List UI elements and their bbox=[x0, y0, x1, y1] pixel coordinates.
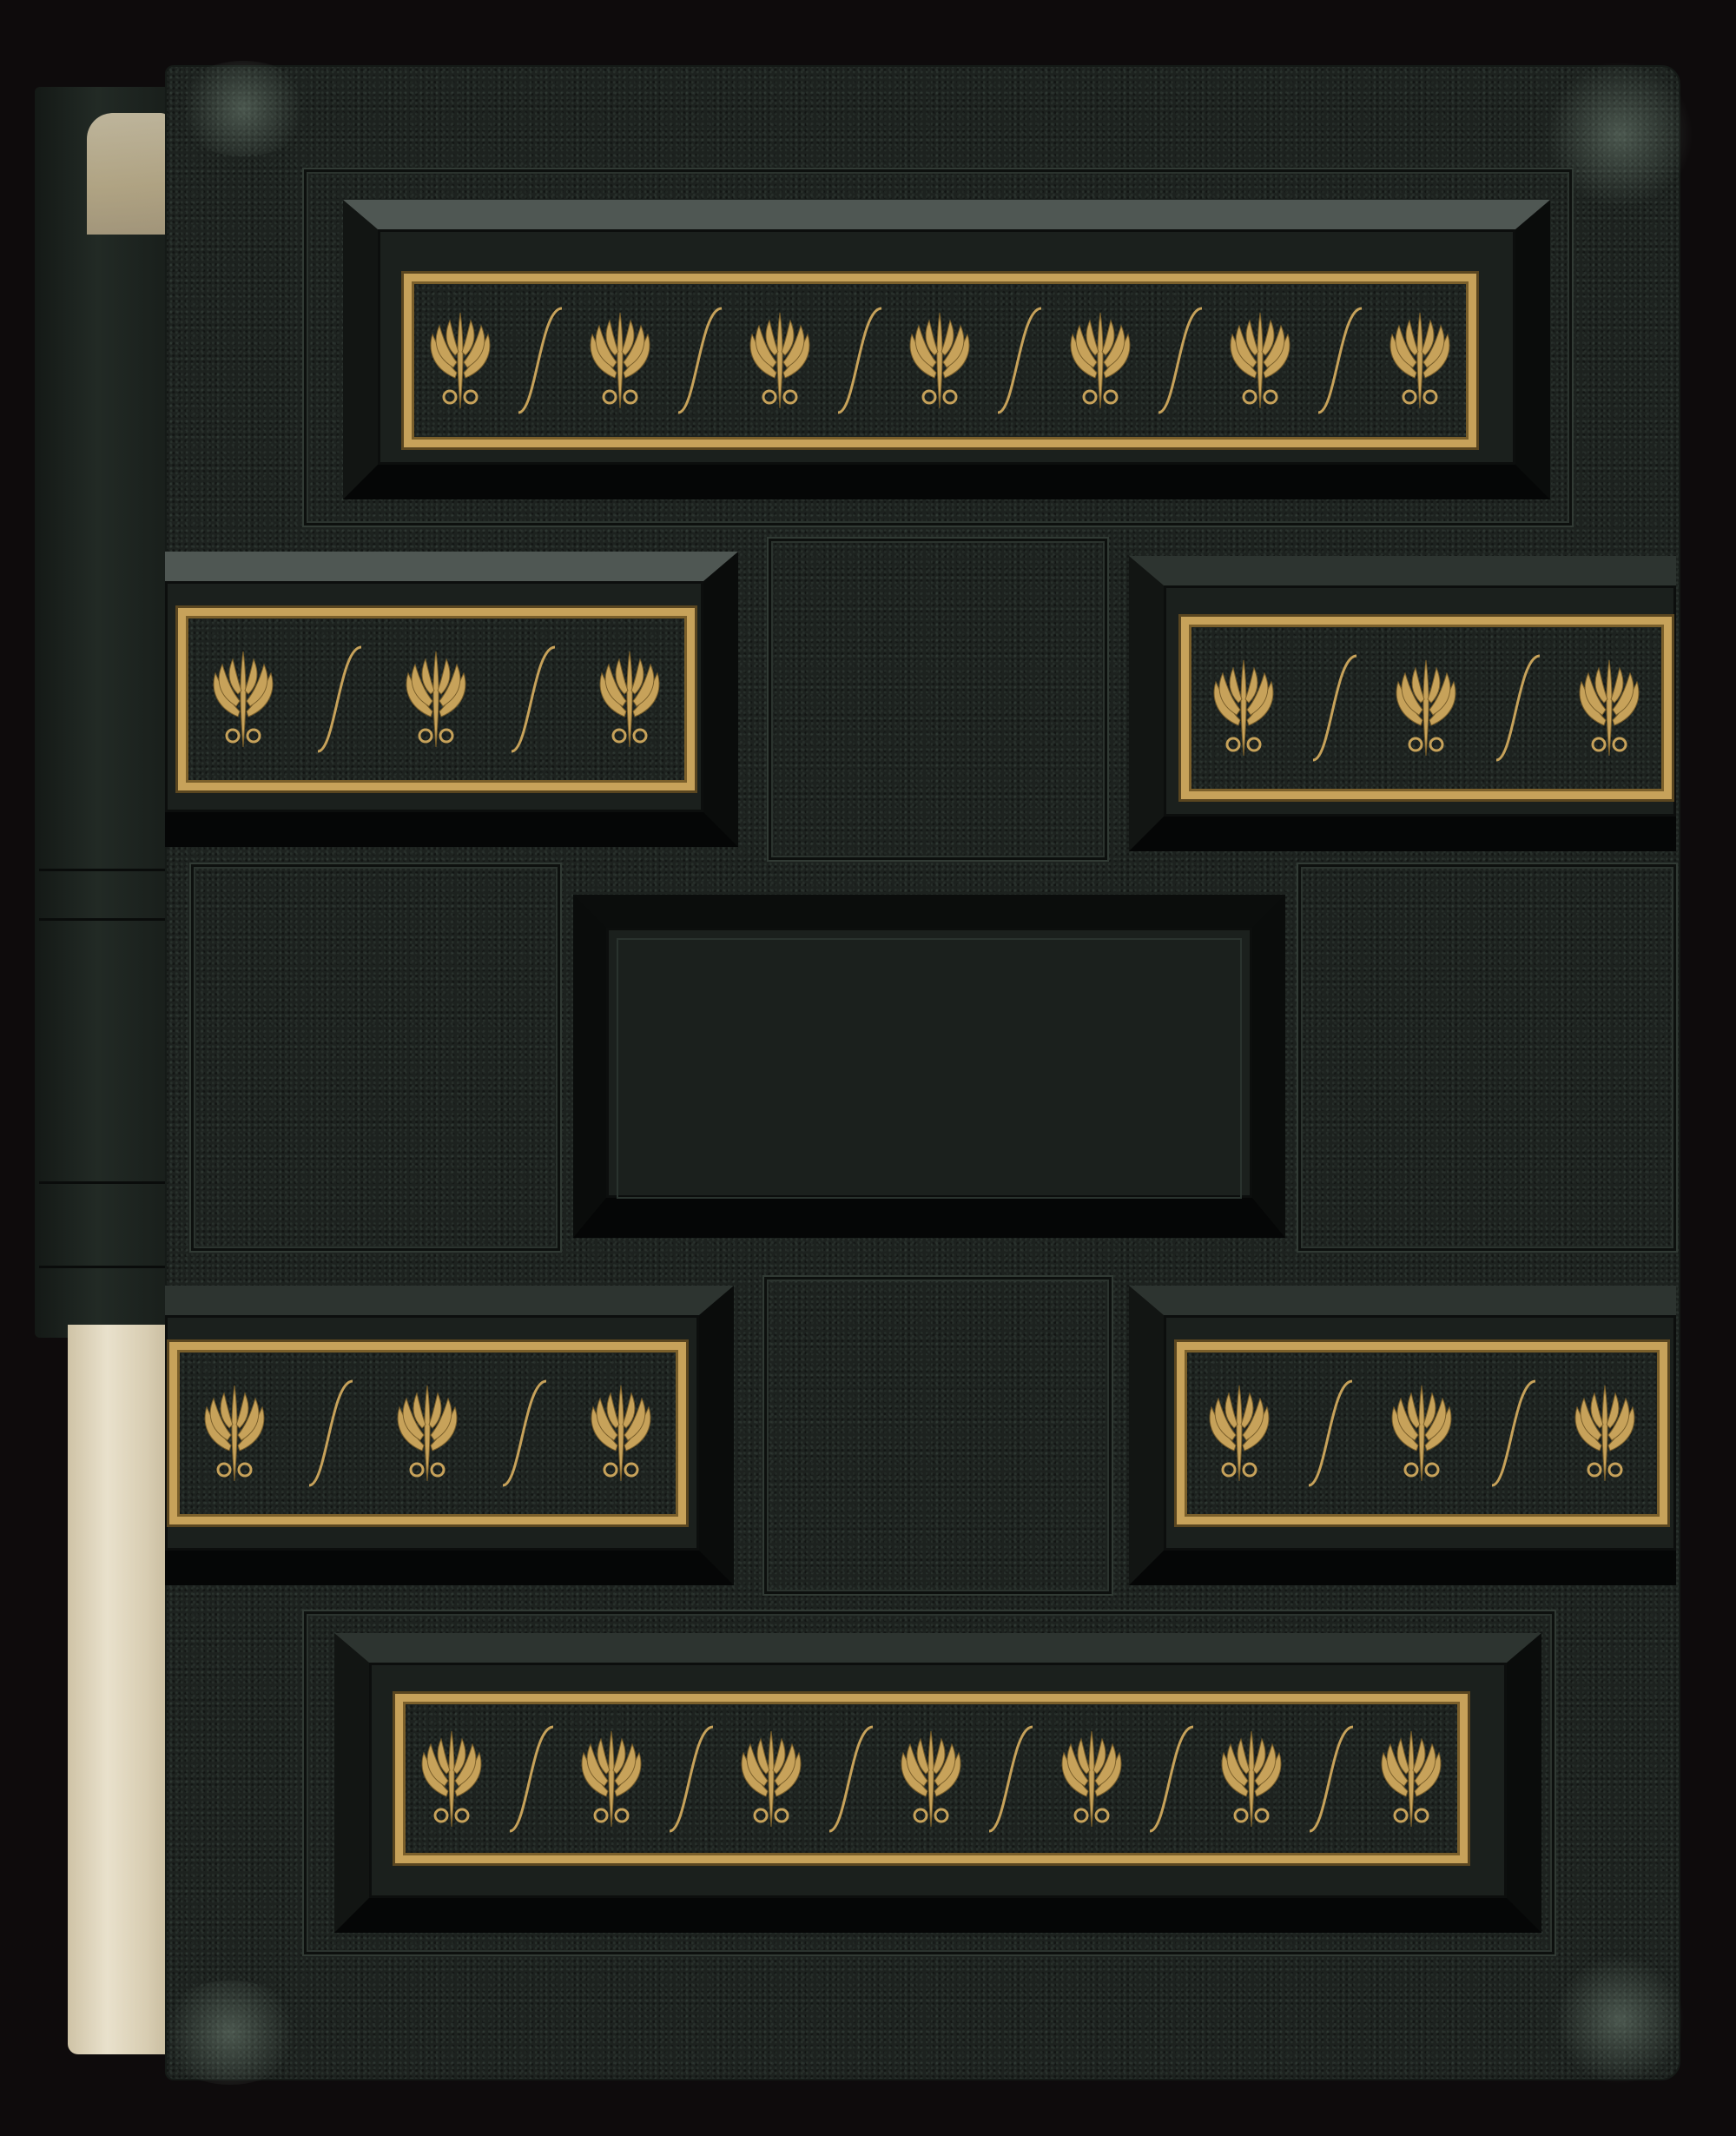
scroll-vine-icon bbox=[1304, 1372, 1356, 1494]
anthemion-ornament-icon bbox=[384, 1372, 471, 1494]
corner-wear-top-left bbox=[174, 61, 313, 156]
anthemion-ornament-icon bbox=[1368, 1718, 1455, 1840]
anthemion-ornament-icon bbox=[1561, 1372, 1648, 1494]
upper-right-gilt-band bbox=[1181, 617, 1672, 799]
anthemion-ornament-icon bbox=[578, 1372, 664, 1494]
corner-wear-bottom-right bbox=[1554, 1954, 1685, 2085]
anthemion-ornament-icon bbox=[728, 1718, 815, 1840]
scroll-vine-icon bbox=[834, 300, 886, 421]
upper-left-gilt-band bbox=[178, 608, 695, 790]
anthemion-ornament-icon bbox=[1566, 647, 1653, 769]
scroll-vine-icon bbox=[985, 1718, 1037, 1840]
scroll-vine-icon bbox=[1314, 300, 1366, 421]
middle-center-inner-field bbox=[617, 938, 1242, 1199]
lower-left-gilt-band bbox=[169, 1342, 686, 1524]
top-gilt-band bbox=[404, 274, 1476, 447]
anthemion-ornament-icon bbox=[1200, 647, 1287, 769]
scroll-vine-icon bbox=[514, 300, 566, 421]
scroll-vine-icon bbox=[1154, 300, 1206, 421]
lower-center-plain-panel bbox=[764, 1277, 1112, 1594]
scroll-vine-icon bbox=[674, 300, 726, 421]
scroll-vine-icon bbox=[993, 300, 1046, 421]
anthemion-ornament-icon bbox=[736, 300, 823, 421]
anthemion-ornament-icon bbox=[1217, 300, 1304, 421]
scroll-vine-icon bbox=[505, 1718, 558, 1840]
scroll-vine-icon bbox=[1492, 647, 1544, 769]
anthemion-ornament-icon bbox=[586, 638, 673, 760]
scroll-vine-icon bbox=[1305, 1718, 1357, 1840]
anthemion-ornament-icon bbox=[1383, 647, 1469, 769]
page-block-edge bbox=[68, 1325, 181, 2054]
scroll-vine-icon bbox=[1488, 1372, 1540, 1494]
upper-center-plain-panel bbox=[769, 539, 1107, 860]
anthemion-ornament-icon bbox=[417, 300, 504, 421]
scroll-vine-icon bbox=[507, 638, 559, 760]
scroll-vine-icon bbox=[825, 1718, 877, 1840]
anthemion-ornament-icon bbox=[200, 638, 287, 760]
scroll-vine-icon bbox=[498, 1372, 551, 1494]
anthemion-ornament-icon bbox=[1048, 1718, 1135, 1840]
anthemion-ornament-icon bbox=[191, 1372, 278, 1494]
anthemion-ornament-icon bbox=[393, 638, 479, 760]
anthemion-ornament-icon bbox=[1378, 1372, 1465, 1494]
anthemion-ornament-icon bbox=[1376, 300, 1463, 421]
scroll-vine-icon bbox=[1309, 647, 1361, 769]
anthemion-ornament-icon bbox=[888, 1718, 974, 1840]
anthemion-ornament-icon bbox=[568, 1718, 655, 1840]
anthemion-ornament-icon bbox=[1057, 300, 1144, 421]
anthemion-ornament-icon bbox=[408, 1718, 495, 1840]
scroll-vine-icon bbox=[665, 1718, 717, 1840]
anthemion-ornament-icon bbox=[896, 300, 983, 421]
spine-tear bbox=[87, 113, 169, 235]
scroll-vine-icon bbox=[1145, 1718, 1198, 1840]
corner-wear-bottom-left bbox=[156, 1981, 304, 2085]
lower-right-gilt-band bbox=[1177, 1342, 1667, 1524]
anthemion-ornament-icon bbox=[577, 300, 663, 421]
spine-rule-lines bbox=[39, 869, 182, 921]
outer-frame-middle-right bbox=[1298, 864, 1676, 1251]
spine-rule-lines-lower bbox=[39, 1181, 182, 1268]
anthemion-ornament-icon bbox=[1196, 1372, 1283, 1494]
anthemion-ornament-icon bbox=[1208, 1718, 1295, 1840]
bottom-gilt-band bbox=[395, 1694, 1468, 1863]
outer-frame-middle-left bbox=[191, 864, 560, 1251]
scroll-vine-icon bbox=[314, 638, 366, 760]
scroll-vine-icon bbox=[305, 1372, 357, 1494]
